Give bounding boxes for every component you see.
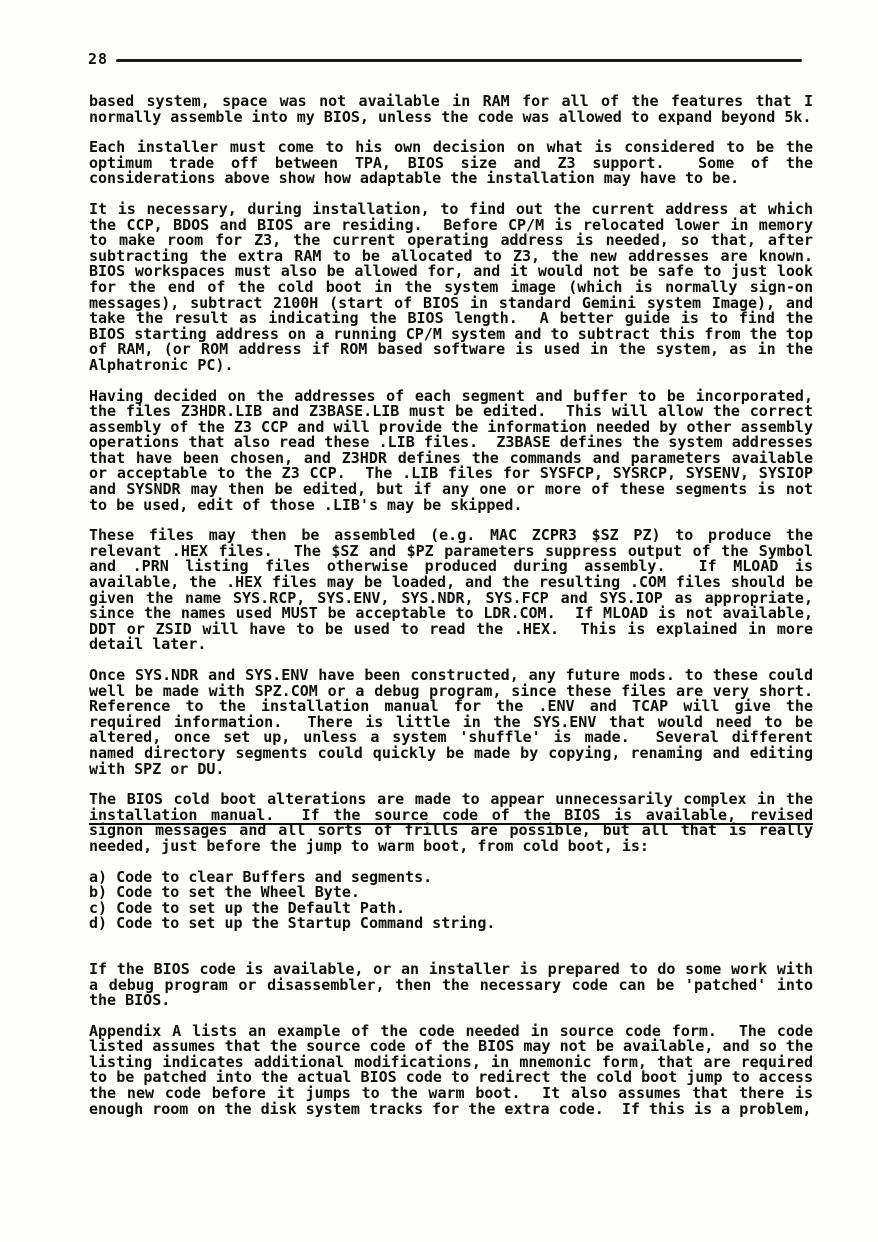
paragraph-bios-patch: If the BIOS code is available, or an ins… bbox=[89, 962, 813, 1009]
paragraph-based-system: based system, space was not available in… bbox=[89, 94, 813, 125]
paragraph-sys-files: Once SYS.NDR and SYS.ENV have been const… bbox=[89, 668, 813, 777]
header-rule bbox=[116, 59, 802, 62]
page-number: 28 bbox=[88, 50, 108, 68]
paragraph-bios-cold-boot: The BIOS cold boot alterations are made … bbox=[89, 792, 813, 854]
paragraph-assembly: These files may then be assembled (e.g. … bbox=[89, 528, 813, 653]
code-steps-list: a) Code to clear Buffers and segments. b… bbox=[89, 870, 813, 932]
page-header: 28 bbox=[88, 50, 802, 72]
paragraph-install-addresses: It is necessary, during installation, to… bbox=[89, 202, 813, 374]
document-page: 28 based system, space was not available… bbox=[0, 0, 878, 1242]
list-item-startup-command: d) Code to set up the Startup Command st… bbox=[89, 916, 813, 932]
paragraph-installer-decision: Each installer must come to his own deci… bbox=[89, 140, 813, 187]
paragraph-lib-editing: Having decided on the addresses of each … bbox=[89, 389, 813, 514]
paragraph-appendix-a: Appendix A lists an example of the code … bbox=[89, 1024, 813, 1118]
page-body: based system, space was not available in… bbox=[89, 94, 813, 1132]
